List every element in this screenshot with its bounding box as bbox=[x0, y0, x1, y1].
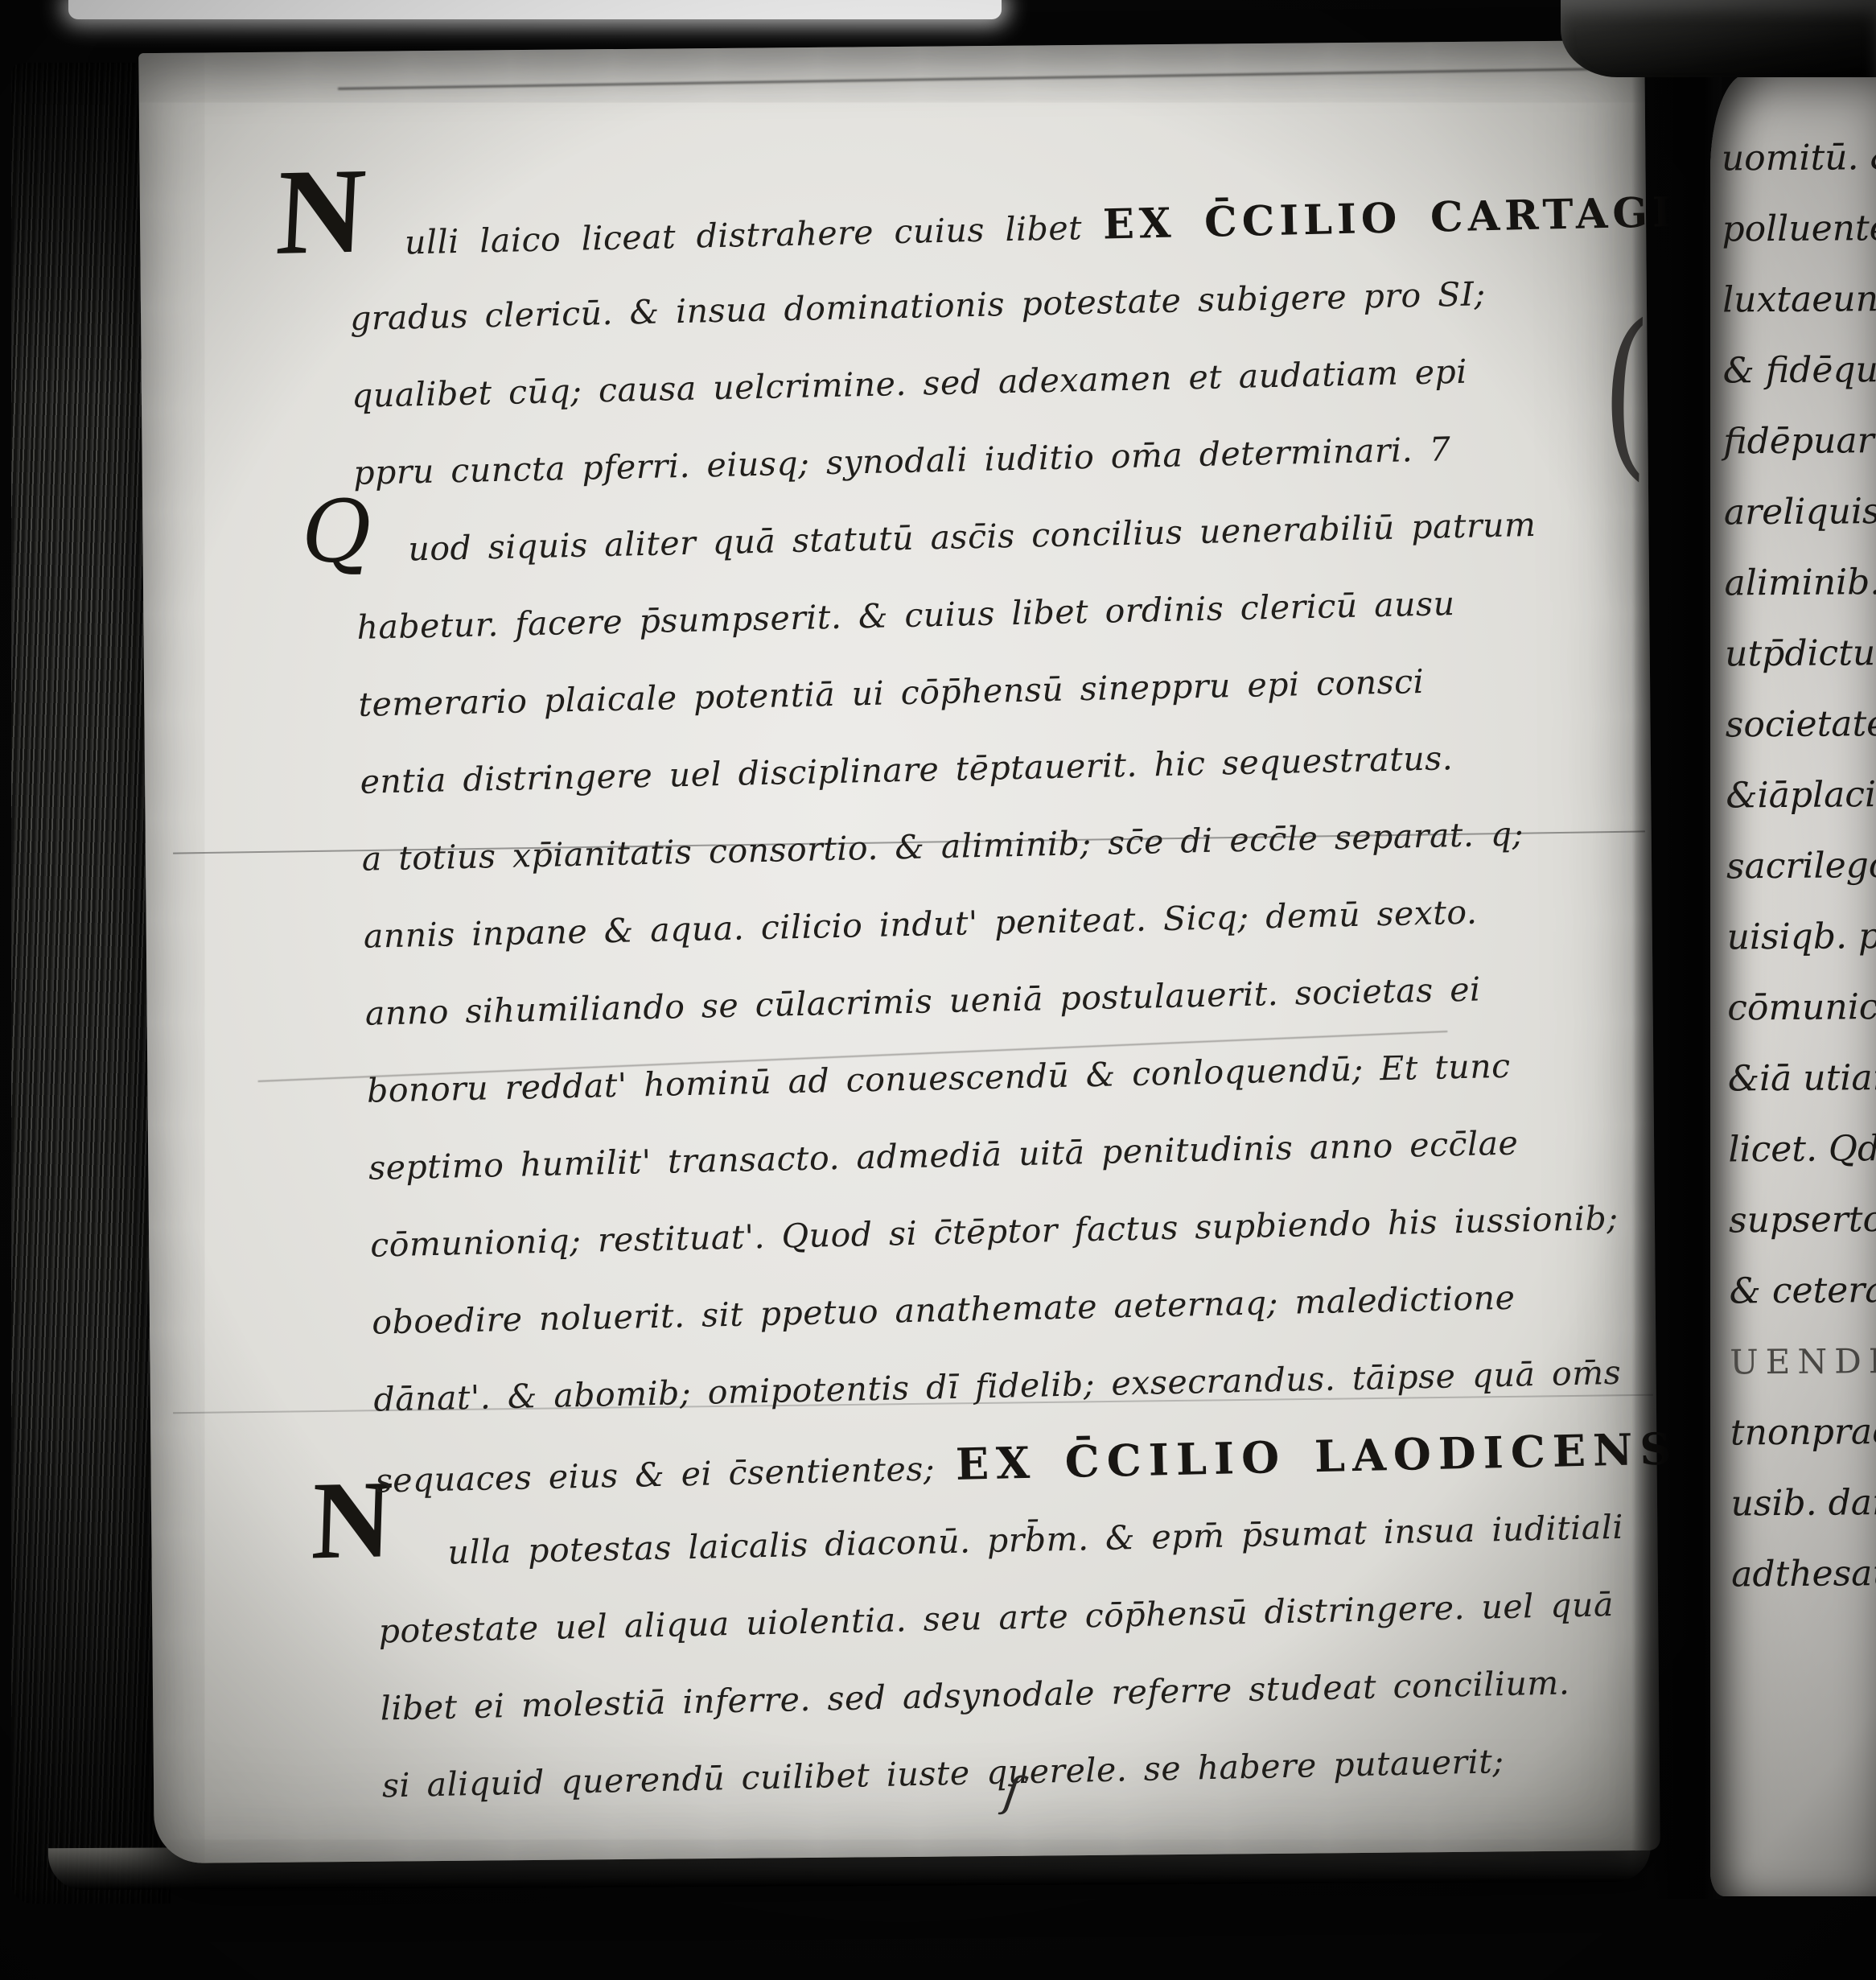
manuscript-line: luxtaeund bbox=[1722, 263, 1876, 336]
line-text: bonoru reddat' hominū ad conuescendū & c… bbox=[367, 1047, 1511, 1110]
manuscript-line: uisiqb. pr bbox=[1726, 900, 1876, 974]
line-text: potestate uel aliqua uiolentia. seu arte… bbox=[378, 1585, 1614, 1650]
manuscript-line: supserto p bbox=[1729, 1183, 1876, 1257]
line-text: a totius xp̄ianitatis consortio. & alimi… bbox=[361, 814, 1524, 878]
book-binding bbox=[1561, 0, 1876, 77]
line-text: entia distringere uel disciplinare tēpta… bbox=[360, 739, 1453, 801]
line-text: qualibet cūq; causa uelcrimine. sed adex… bbox=[352, 352, 1468, 415]
right-page-text-block: uomitū. & polluente luxtaeund & fidēqua … bbox=[1722, 121, 1876, 1611]
gutter-shadow bbox=[1631, 32, 1722, 1899]
manuscript-line: uomitū. & bbox=[1722, 121, 1876, 195]
manuscript-line: areliquis n bbox=[1724, 475, 1876, 549]
manuscript-photo: N Q N ulli laico liceat distrahere cuius… bbox=[0, 0, 1876, 1980]
line-text: sequaces eius & ei c̄sentientes; bbox=[375, 1449, 935, 1500]
line-text: ulla potestas laicalis diaconū. prb̄m. &… bbox=[447, 1508, 1623, 1572]
line-text: libet ei molestiā inferre. sed adsynodal… bbox=[380, 1663, 1570, 1727]
manuscript-line: polluente bbox=[1722, 192, 1876, 266]
manuscript-line: &iāplaciu bbox=[1726, 759, 1876, 832]
manuscript-line: fidēpuari bbox=[1723, 405, 1876, 478]
line-text: ulli laico liceat distrahere cuius libet bbox=[405, 208, 1083, 261]
left-page-text-block: N Q N ulli laico liceat distrahere cuius… bbox=[348, 175, 1686, 1825]
manuscript-line: &iā utiar bbox=[1728, 1042, 1876, 1115]
line-text: ppru cuncta pferri. eiusq; synodali iudi… bbox=[353, 430, 1451, 492]
line-text: dānat'. & abomib; omipotentis dī fidelib… bbox=[373, 1353, 1622, 1419]
line-text: habetur. facere p̄sumpserit. & cuius lib… bbox=[356, 584, 1455, 647]
manuscript-line-rubric: UENDE bbox=[1730, 1325, 1876, 1398]
line-text: si aliquid querendū cuilibet iuste quere… bbox=[381, 1742, 1504, 1805]
line-text: anno sihumiliando se cūlacrimis ueniā po… bbox=[364, 970, 1481, 1033]
line-text: uod siquis aliter quā statutū asc̄is con… bbox=[408, 505, 1537, 569]
line-text: annis inpane & aqua. cilicio indut' peni… bbox=[363, 893, 1477, 956]
manuscript-line: aliminib. bbox=[1724, 546, 1876, 620]
line-text: temerario plaicale potentiā ui cōp̄hensū… bbox=[358, 662, 1425, 724]
chapter-heading-laodicensi: EX C̄CILIO LAODICENSI. bbox=[955, 1422, 1729, 1490]
line-text: cōmunioniq; restituat'. Quod si c̄tēptor… bbox=[370, 1199, 1619, 1265]
manuscript-line: adthesaur bbox=[1731, 1537, 1876, 1611]
photo-glare bbox=[68, 0, 1002, 19]
manuscript-line: sacrilego c bbox=[1726, 829, 1876, 903]
manuscript-line: cōmunico bbox=[1727, 971, 1876, 1044]
line-text: gradus clericū. & insua dominationis pot… bbox=[350, 274, 1487, 338]
line-text: septimo humilit' transacto. admediā uitā… bbox=[368, 1124, 1519, 1188]
manuscript-line: & fidēqua bbox=[1722, 334, 1876, 407]
line-text: oboedire noluerit. sit ppetuo anathemate… bbox=[372, 1278, 1516, 1342]
manuscript-line: usib. dant bbox=[1730, 1467, 1876, 1540]
manuscript-line: licet. Qd f bbox=[1728, 1113, 1876, 1186]
manuscript-line: utp̄dictur bbox=[1725, 617, 1876, 690]
manuscript-line: tnonprae bbox=[1730, 1396, 1876, 1469]
manuscript-line: & cetera bbox=[1729, 1254, 1876, 1328]
manuscript-line: societate bbox=[1725, 688, 1876, 761]
